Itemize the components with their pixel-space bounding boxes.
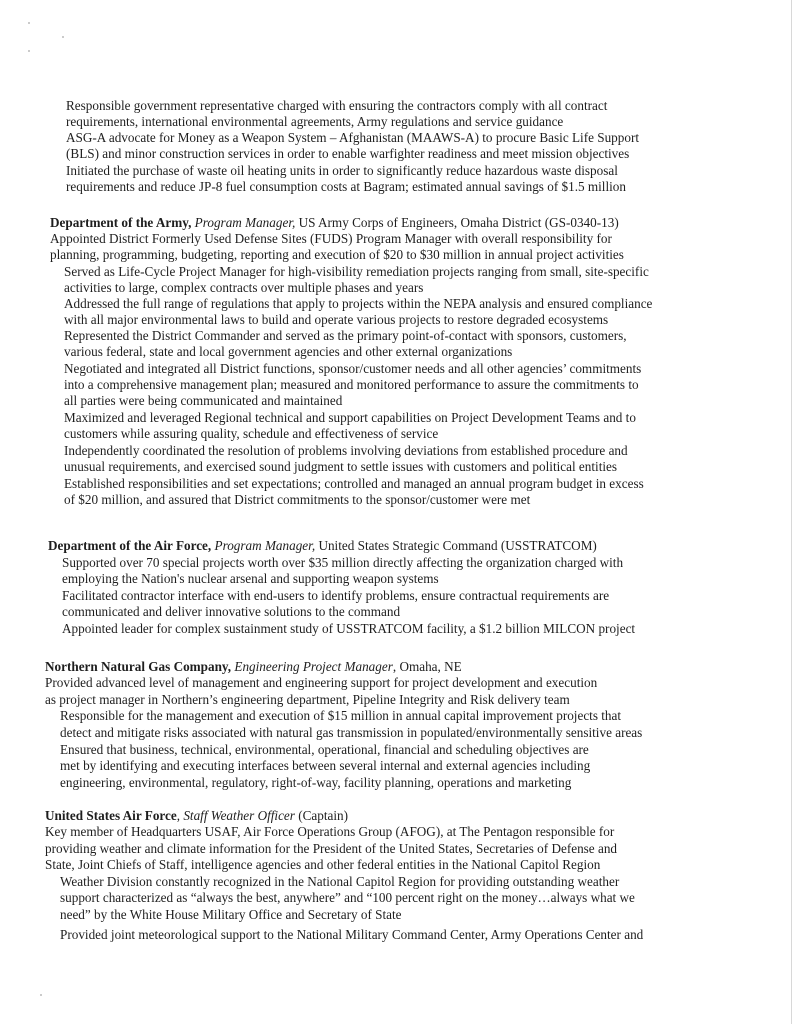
bullet-line: all parties were being communicated and … (64, 393, 342, 408)
bullet-line: Represented the District Commander and s… (64, 328, 627, 343)
bullet-line: Negotiated and integrated all District f… (64, 361, 641, 376)
job-details: , Omaha, NE (393, 659, 462, 674)
job-title: Engineering Project Manager (234, 659, 392, 674)
scan-speck (28, 50, 30, 52)
bullet-line: Established responsibilities and set exp… (64, 476, 644, 491)
bullet-line: Addressed the full range of regulations … (64, 296, 652, 311)
summary-line: Provided advanced level of management an… (45, 675, 597, 690)
bullet-line: need” by the White House Military Office… (60, 907, 402, 922)
bullet-line: of $20 million, and assured that Distric… (64, 492, 530, 507)
bullet-line: Appointed leader for complex sustainment… (62, 621, 635, 636)
job-heading: United States Air Force, Staff Weather O… (45, 808, 348, 823)
bullet-line: activities to large, complex contracts o… (64, 280, 423, 295)
bullet-line: Independently coordinated the resolution… (64, 443, 628, 458)
bullet-line: (BLS) and minor construction services in… (66, 146, 629, 161)
bullet-line: requirements, international environmenta… (66, 114, 563, 129)
job-title: Staff Weather Officer (183, 808, 295, 823)
bullet-line: Provided joint meteorological support to… (60, 927, 643, 942)
job-heading: Northern Natural Gas Company, Engineerin… (45, 659, 462, 674)
job-title: Program Manager, (215, 538, 316, 553)
employer-name: United States Air Force (45, 808, 177, 823)
employer-name: Northern Natural Gas Company, (45, 659, 231, 674)
scan-speck (28, 22, 30, 24)
summary-line: Appointed District Formerly Used Defense… (50, 231, 612, 246)
bullet-line: with all major environmental laws to bui… (64, 312, 608, 327)
bullet-line: Responsible for the management and execu… (60, 708, 621, 723)
bullet-line: support characterized as “always the bes… (60, 890, 635, 905)
bullet-line: customers while assuring quality, schedu… (64, 426, 438, 441)
employer-name: Department of the Army, (50, 215, 191, 230)
summary-line: as project manager in Northern’s enginee… (45, 692, 570, 707)
bullet-line: Initiated the purchase of waste oil heat… (66, 163, 618, 178)
bullet-line: Ensured that business, technical, enviro… (60, 742, 589, 757)
bullet-line: Supported over 70 special projects worth… (62, 555, 623, 570)
job-details: (Captain) (295, 808, 348, 823)
bullet-line: Responsible government representative ch… (66, 98, 607, 113)
bullet-line: employing the Nation's nuclear arsenal a… (62, 571, 439, 586)
summary-line: State, Joint Chiefs of Staff, intelligen… (45, 857, 600, 872)
bullet-line: Weather Division constantly recognized i… (60, 874, 619, 889)
bullet-line: detect and mitigate risks associated wit… (60, 725, 642, 740)
bullet-line: engineering, environmental, regulatory, … (60, 775, 571, 790)
bullet-line: ASG-A advocate for Money as a Weapon Sys… (66, 130, 639, 145)
job-heading: Department of the Army, Program Manager,… (50, 215, 619, 230)
bullet-line: Maximized and leveraged Regional technic… (64, 410, 636, 425)
job-details: US Army Corps of Engineers, Omaha Distri… (299, 215, 619, 230)
resume-page: Responsible government representative ch… (0, 0, 792, 1024)
bullet-line: met by identifying and executing interfa… (60, 758, 590, 773)
bullet-line: unusual requirements, and exercised soun… (64, 459, 617, 474)
bullet-line: requirements and reduce JP-8 fuel consum… (66, 179, 626, 194)
scan-speck (62, 36, 64, 38)
job-heading: Department of the Air Force, Program Man… (48, 538, 597, 553)
summary-line: planning, programming, budgeting, report… (50, 247, 624, 262)
scan-speck (40, 994, 42, 996)
summary-line: providing weather and climate informatio… (45, 841, 617, 856)
bullet-line: Served as Life-Cycle Project Manager for… (64, 264, 649, 279)
job-title: Program Manager, (195, 215, 296, 230)
bullet-line: communicated and deliver innovative solu… (62, 604, 400, 619)
bullet-line: various federal, state and local governm… (64, 344, 512, 359)
summary-line: Key member of Headquarters USAF, Air For… (45, 824, 614, 839)
employer-name: Department of the Air Force, (48, 538, 211, 553)
bullet-line: into a comprehensive management plan; me… (64, 377, 639, 392)
bullet-line: Facilitated contractor interface with en… (62, 588, 609, 603)
job-details: United States Strategic Command (USSTRAT… (318, 538, 596, 553)
